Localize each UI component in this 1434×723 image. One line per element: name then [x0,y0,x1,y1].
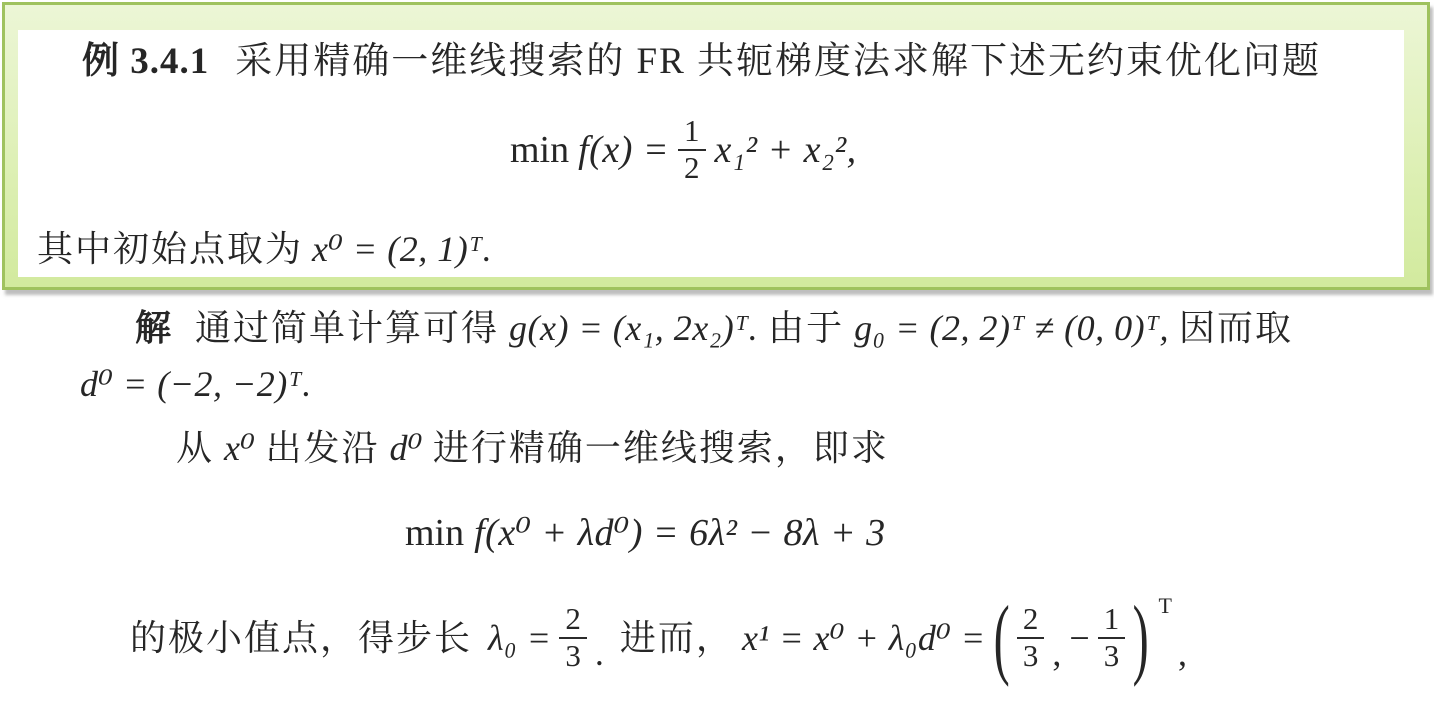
fraction-numerator: 1 [678,114,706,151]
para1-gradient-formula: g(x) = (x₁, 2x₂)ᵀ. [509,306,758,351]
solution-para3: 的极小值点，得步长 λ₀ = 2 3 . 进而， x¹ = x⁰ + λ₀d⁰ … [130,590,1195,686]
transpose-superscript: T [1159,592,1172,620]
example-title-text: 采用精确一维线搜索的 FR 共轭梯度法求解下述无约束优化问题 [235,41,1321,82]
initial-point-note-zh: 其中初始点取为 [37,229,303,269]
para3-zh1: 的极小值点，得步长 [130,616,472,661]
fraction-numerator: 2 [559,602,587,639]
para2-x0: x⁰ [224,426,255,471]
page: 例 3.4.1采用精确一维线搜索的 FR 共轭梯度法求解下述无约束优化问题 mi… [0,0,1434,723]
fraction-numerator: 1 [1098,602,1126,639]
solution-label: 解 [135,306,171,351]
close-paren: ) [1133,593,1149,683]
line-search-formula: minf(x⁰ + λd⁰) = 6λ² − 8λ + 3 [405,510,886,558]
para3-comma: , [1052,631,1061,676]
example-title-line: 例 3.4.1采用精确一维线搜索的 FR 共轭梯度法求解下述无约束优化问题 [82,40,1321,84]
line-search-formula-body: f(x⁰ + λd⁰) = 6λ² − 8λ + 3 [474,512,886,554]
para3-x1-update: x¹ = x⁰ + λ₀d⁰ = [742,616,986,661]
solution-para1-line2: d⁰ = (−2, −2)ᵀ. [80,362,312,407]
para1-g0-formula: g₀ = (2, 2)ᵀ ≠ (0, 0)ᵀ, [854,306,1169,351]
fraction-denominator: 3 [1098,639,1126,674]
para2-zh3: 进行精确一维线搜索，即求 [433,426,889,471]
fraction-one-third: 1 3 [1098,602,1126,673]
fraction-two-thirds-step: 2 3 [559,602,587,673]
fraction-denominator: 3 [1017,639,1045,674]
example-number-label: 例 3.4.1 [82,41,209,82]
para3-trailing-comma: , [1178,631,1187,676]
fraction-numerator: 2 [1017,602,1045,639]
para3-zh2: 进而， [620,616,734,661]
para3-minus-sign: − [1069,616,1089,661]
objective-formula: min f(x) = 1 2 x₁² + x₂², [510,114,866,185]
example-box-inner: 例 3.4.1采用精确一维线搜索的 FR 共轭梯度法求解下述无约束优化问题 mi… [18,30,1404,277]
solution-para1-line1: 解 通过简单计算可得 g(x) = (x₁, 2x₂)ᵀ. 由于 g₀ = (2… [135,306,1303,351]
objective-lhs: f(x) = [578,128,669,172]
d0-formula: d⁰ = (−2, −2)ᵀ. [80,364,312,404]
fraction-two-thirds: 2 3 [1017,602,1045,673]
para2-d0: d⁰ [389,426,422,471]
initial-point-note-math: x⁰ = (2, 1)ᵀ. [312,229,492,269]
min-operator: min [510,128,569,172]
initial-point-note: 其中初始点取为 x⁰ = (2, 1)ᵀ. [37,228,492,271]
para3-period: . [595,631,604,676]
fraction-one-half: 1 2 [678,114,706,185]
open-paren: ( [993,593,1009,683]
para2-zh1: 从 [176,426,214,471]
example-box: 例 3.4.1采用精确一维线搜索的 FR 共轭梯度法求解下述无约束优化问题 mi… [2,2,1430,290]
min-operator-2: min [405,512,464,554]
solution-para2: 从 x⁰ 出发沿 d⁰ 进行精确一维线搜索，即求 [176,426,899,471]
para3-lambda0: λ₀ = [488,616,551,661]
para1-zh1: 通过简单计算可得 [195,306,499,351]
para2-zh2: 出发沿 [265,426,379,471]
para1-zh3: 因而取 [1179,306,1293,351]
objective-rhs: x₁² + x₂², [715,128,857,172]
fraction-denominator: 2 [678,151,706,186]
para1-zh2: 由于 [768,306,844,351]
fraction-denominator: 3 [559,639,587,674]
